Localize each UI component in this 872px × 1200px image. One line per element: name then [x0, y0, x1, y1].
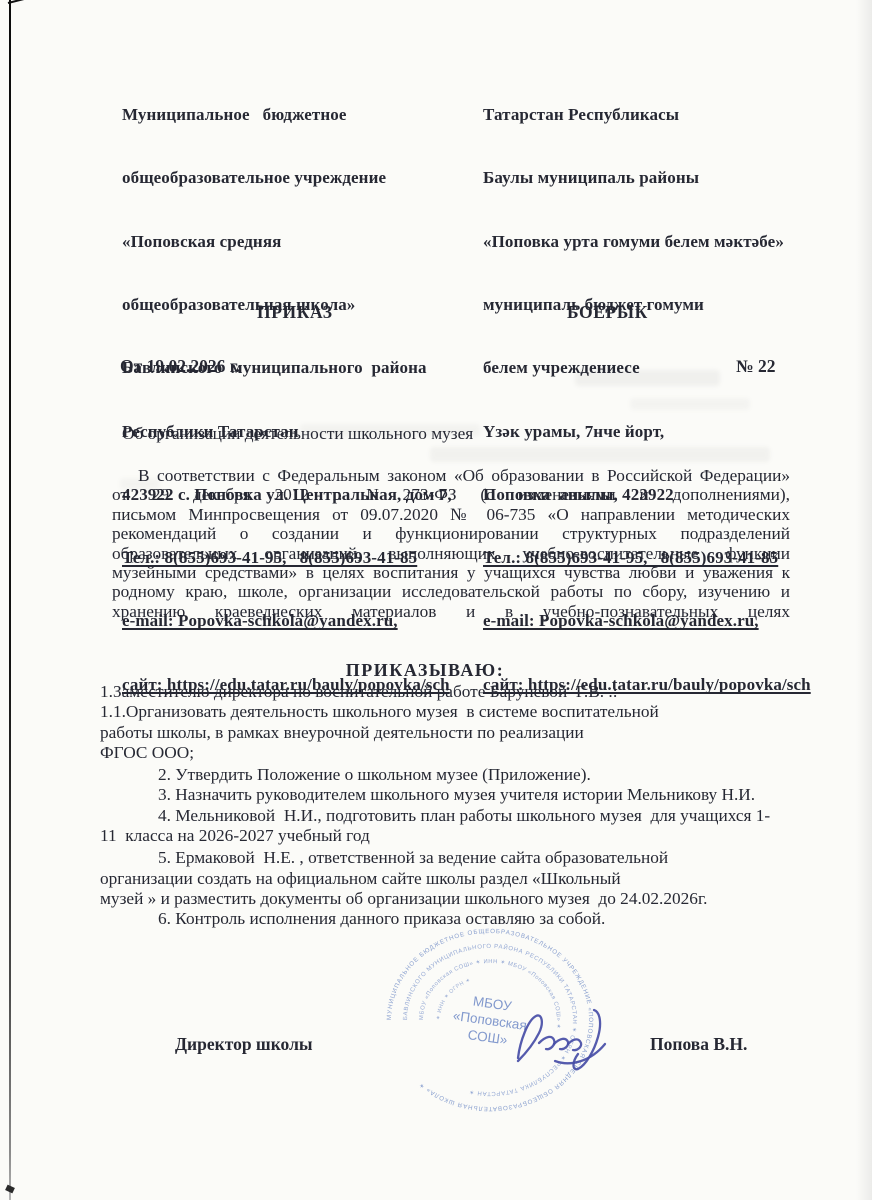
- letterhead-tatar-column: Татарстан Республикасы Баулы муниципаль …: [483, 62, 858, 737]
- letterhead-line: Татарстан Республикасы: [483, 104, 858, 125]
- order-item-line: 1.Заместителю директора по воспитательно…: [100, 682, 800, 702]
- letterhead-line: «Поповка урта гомуми белем мәктәбе»: [483, 231, 858, 252]
- signer-name: Попова В.Н.: [650, 1034, 747, 1055]
- handwritten-signature: [505, 1002, 617, 1088]
- order-item-line: 3. Назначить руководителем школьного муз…: [100, 785, 800, 805]
- scan-right-shade-artifact: [856, 0, 872, 1200]
- scan-edge-hook-artifact: [8, 0, 32, 4]
- letterhead-line: Муниципальное бюджетное: [122, 104, 483, 125]
- scanned-order-document: Муниципальное бюджетное общеобразователь…: [0, 0, 872, 1200]
- scan-edge-foot-artifact: [5, 1185, 15, 1194]
- order-item-line: 6. Контроль исполнения данного приказа о…: [100, 909, 800, 929]
- letterhead-line: муниципаль бюджет гомуми: [483, 294, 858, 315]
- order-item-line: 1.1.Организовать деятельность школьного …: [100, 702, 800, 722]
- scan-edge-line-artifact: [9, 0, 11, 1200]
- order-date: От 19.02.2026 г.: [120, 356, 240, 377]
- preamble-line: от 29 декабря 2012 г. N 273-ФЗ (с измене…: [112, 485, 790, 504]
- document-title-tatar: БОЕРЫК: [567, 302, 648, 323]
- order-item-line: 2. Утвердить Положение о школьном музее …: [100, 765, 800, 785]
- letterhead-line: Баулы муниципаль районы: [483, 167, 858, 188]
- preamble-line: образовательных организаций, выполняющих…: [112, 544, 790, 563]
- preamble-line: рекомендаций о создании и функционирован…: [112, 524, 790, 543]
- order-items: 1.Заместителю директора по воспитательно…: [100, 682, 800, 930]
- order-item-line: ФГОС ООО;: [100, 743, 800, 763]
- order-number: № 22: [736, 356, 775, 377]
- order-item-line: 4. Мельниковой Н.И., подготовить план ра…: [100, 806, 800, 826]
- preamble-line: музейными средствами» в целях воспитания…: [112, 563, 790, 582]
- order-subject: Об организации деятельности школьного му…: [122, 424, 473, 444]
- document-title-russian: ПРИКАЗ: [257, 302, 333, 323]
- order-item-line: 11 класса на 2026-2027 учебный год: [100, 826, 800, 846]
- letterhead-line: «Поповская средняя: [122, 231, 483, 252]
- letterhead: Муниципальное бюджетное общеобразователь…: [122, 62, 858, 737]
- preamble-line: хранению краеведческих материалов и в уч…: [112, 602, 790, 621]
- letterhead-line: белем учреждениесе: [483, 357, 858, 378]
- order-item-line: музей » и разместить документы об органи…: [100, 889, 800, 909]
- preamble-line: письмом Минпросвещения от 09.07.2020 № 0…: [112, 505, 790, 524]
- letterhead-russian-column: Муниципальное бюджетное общеобразователь…: [122, 62, 483, 737]
- order-item-line: работы школы, в рамках внеурочной деятел…: [100, 723, 800, 743]
- preamble-line: В соответствии с Федеральным законом «Об…: [112, 466, 790, 485]
- order-item-line: 5. Ермаковой Н.Е. , ответственной за вед…: [100, 848, 800, 868]
- order-heading: ПРИКАЗЫВАЮ:: [100, 660, 750, 681]
- order-item-line: организации создать на официальном сайте…: [100, 869, 800, 889]
- letterhead-line: Үзәк урамы, 7нче йорт,: [483, 421, 858, 442]
- letterhead-line: общеобразовательное учреждение: [122, 167, 483, 188]
- svg-text:СОШ»: СОШ»: [467, 1027, 509, 1047]
- signer-role: Директор школы: [175, 1034, 313, 1055]
- preamble-paragraph: В соответствии с Федеральным законом «Об…: [112, 466, 790, 621]
- preamble-line: родному краю, школе, организации исследо…: [112, 582, 790, 601]
